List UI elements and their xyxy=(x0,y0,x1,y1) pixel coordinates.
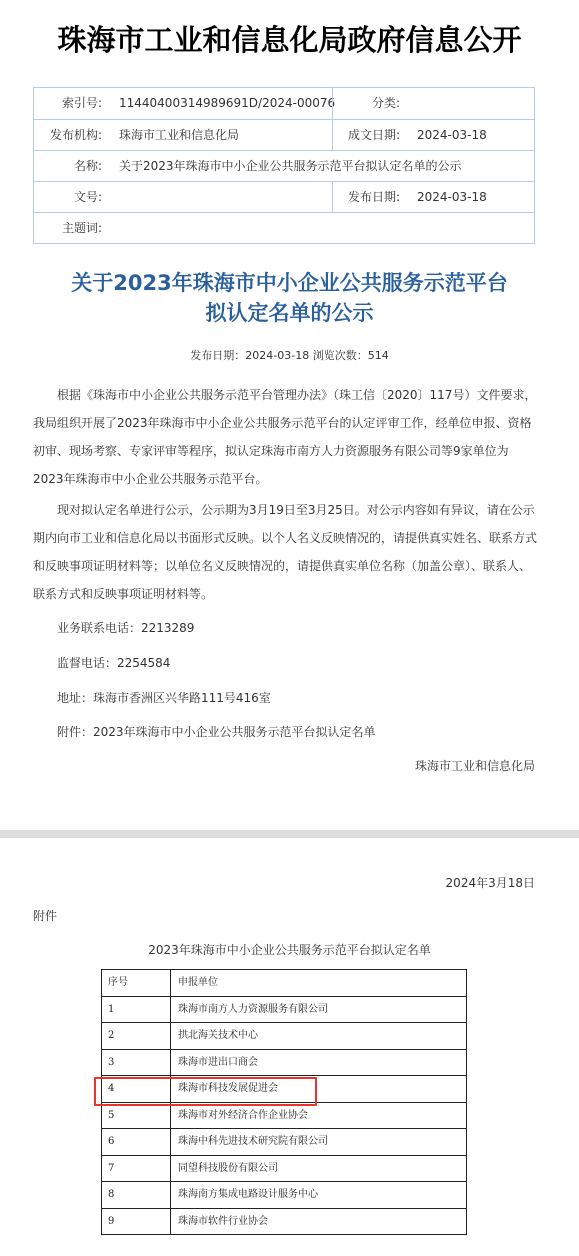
created-date-label: 成文日期: xyxy=(332,120,400,150)
column-separator xyxy=(170,1129,171,1155)
row-number: 9 xyxy=(108,1209,114,1235)
created-date-value: 2024-03-18 xyxy=(417,120,487,150)
meta-row-publisher: 发布机构: 珠海市工业和信息化局 成文日期: 2024-03-18 xyxy=(34,119,534,150)
column-separator xyxy=(170,1182,171,1208)
table-row: 7 同望科技股份有限公司 xyxy=(102,1156,466,1183)
paragraph-2: 现对拟认定名单进行公示，公示期为3月19日至3月25日。对公示内容如有异议，请在… xyxy=(33,496,538,608)
article-title-line2: 拟认定名单的公示 xyxy=(0,298,579,328)
article-title: 关于2023年珠海市中小企业公共服务示范平台 拟认定名单的公示 xyxy=(0,268,579,328)
address: 地址：珠海市香洲区兴华路111号416室 xyxy=(57,689,271,706)
row-number: 2 xyxy=(108,1023,114,1049)
attachment-date: 2024年3月18日 xyxy=(446,874,535,891)
section-divider xyxy=(0,830,579,838)
docno-label: 文号: xyxy=(34,182,102,212)
paragraph-1: 根据《珠海市中小企业公共服务示范平台管理办法》（珠工信〔2020〕117号）文件… xyxy=(33,381,538,493)
attachment-link[interactable]: 附件：2023年珠海市中小企业公共服务示范平台拟认定名单 xyxy=(57,723,376,740)
published-date-value: 2024-03-18 xyxy=(417,182,487,212)
row-number: 6 xyxy=(108,1129,114,1155)
row-unit: 同望科技股份有限公司 xyxy=(178,1156,278,1182)
attachment-title: 2023年珠海市中小企业公共服务示范平台拟认定名单 xyxy=(0,941,579,958)
table-header: 序号 申报单位 xyxy=(102,970,466,997)
attachment-label: 附件 xyxy=(33,907,57,924)
index-label: 索引号: xyxy=(34,88,102,118)
row-number: 8 xyxy=(108,1182,114,1208)
category-label: 分类: xyxy=(332,88,400,118)
business-phone: 业务联系电话：2213289 xyxy=(57,619,194,636)
row-unit: 珠海市南方人力资源服务有限公司 xyxy=(178,997,328,1023)
row-number: 7 xyxy=(108,1156,114,1182)
table-row: 3 珠海市进出口商会 xyxy=(102,1050,466,1077)
table-row: 1 珠海市南方人力资源服务有限公司 xyxy=(102,997,466,1024)
column-separator xyxy=(170,1023,171,1049)
meta-row-index: 索引号: 11440400314989691D/2024-00076 分类: xyxy=(34,88,534,119)
highlight-box xyxy=(94,1077,317,1106)
meta-row-name: 名称: 关于2023年珠海市中小企业公共服务示范平台拟认定名单的公示 xyxy=(34,150,534,181)
column-separator xyxy=(170,1050,171,1076)
meta-row-keywords: 主题词: xyxy=(34,212,534,243)
signature: 珠海市工业和信息化局 xyxy=(415,757,535,774)
row-number: 3 xyxy=(108,1050,114,1076)
row-number: 5 xyxy=(108,1103,114,1129)
publish-info: 发布日期：2024-03-18 浏览次数：514 xyxy=(0,347,579,363)
article-title-line1: 关于2023年珠海市中小企业公共服务示范平台 xyxy=(0,268,579,298)
meta-row-docno: 文号: 发布日期: 2024-03-18 xyxy=(34,181,534,212)
name-value: 关于2023年珠海市中小企业公共服务示范平台拟认定名单的公示 xyxy=(119,151,462,181)
header-unit: 申报单位 xyxy=(178,970,218,996)
index-value: 11440400314989691D/2024-00076 xyxy=(119,88,335,118)
table-row: 2 拱北海关技术中心 xyxy=(102,1023,466,1050)
table-row: 5 珠海市对外经济合作企业协会 xyxy=(102,1103,466,1130)
publisher-value: 珠海市工业和信息化局 xyxy=(119,120,239,150)
row-unit: 拱北海关技术中心 xyxy=(178,1023,258,1049)
publisher-label: 发布机构: xyxy=(34,120,102,150)
header-number: 序号 xyxy=(108,970,128,996)
column-separator xyxy=(170,997,171,1023)
column-separator xyxy=(170,1103,171,1129)
site-title: 珠海市工业和信息化局政府信息公开 xyxy=(0,18,579,59)
table-row: 9 珠海市软件行业协会 xyxy=(102,1209,466,1236)
row-number: 1 xyxy=(108,997,114,1023)
supervision-phone: 监督电话：2254584 xyxy=(57,654,170,671)
column-separator xyxy=(170,1156,171,1182)
name-label: 名称: xyxy=(34,151,102,181)
row-unit: 珠海市对外经济合作企业协会 xyxy=(178,1103,308,1129)
row-unit: 珠海南方集成电路设计服务中心 xyxy=(178,1182,318,1208)
keywords-label: 主题词: xyxy=(34,213,102,243)
metadata-table: 索引号: 11440400314989691D/2024-00076 分类: 发… xyxy=(33,87,535,244)
table-row: 6 珠海中科先进技术研究院有限公司 xyxy=(102,1129,466,1156)
table-row: 8 珠海南方集成电路设计服务中心 xyxy=(102,1182,466,1209)
row-unit: 珠海市软件行业协会 xyxy=(178,1209,268,1235)
published-date-label: 发布日期: xyxy=(332,182,400,212)
row-unit: 珠海市进出口商会 xyxy=(178,1050,258,1076)
column-separator xyxy=(170,1209,171,1235)
column-separator xyxy=(170,970,171,996)
row-unit: 珠海中科先进技术研究院有限公司 xyxy=(178,1129,328,1155)
